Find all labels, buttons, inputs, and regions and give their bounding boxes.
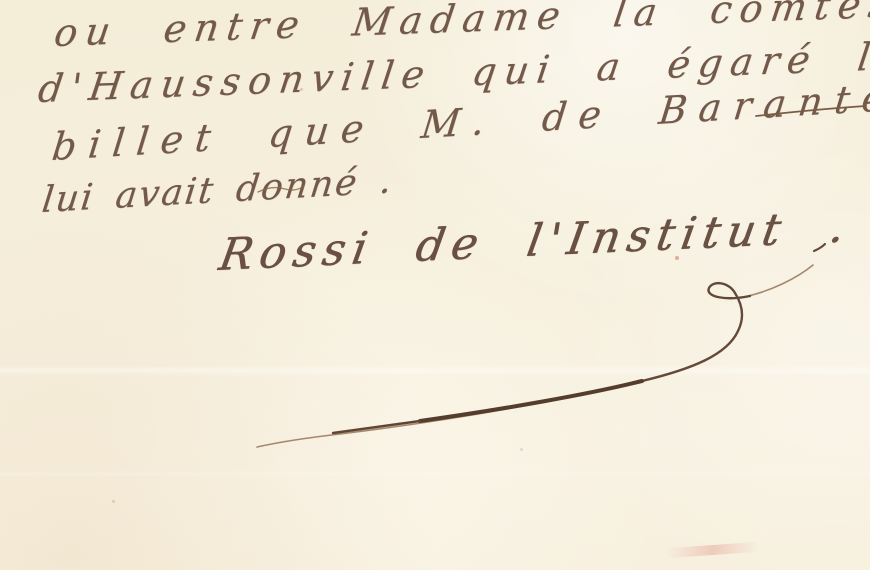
paper-speckle [112, 500, 115, 503]
paper-speckle [300, 88, 303, 91]
paper-light-band [0, 365, 870, 376]
signature-paraph-hairline [257, 265, 813, 447]
manuscript-page: ou entre Madame la comtesse d'Haussonvil… [0, 0, 870, 570]
signature-line: Rossi de l'Institut . [216, 205, 855, 278]
paper-speckle [520, 448, 523, 451]
signature-paraph-taper [333, 421, 420, 433]
manuscript-line-4: lui avait donné . [40, 163, 395, 219]
paper-scratch-mark [655, 541, 770, 559]
paper-speckle [675, 256, 679, 260]
paper-light-band [0, 470, 870, 478]
signature-paraph-heavy-sweep [420, 381, 642, 421]
